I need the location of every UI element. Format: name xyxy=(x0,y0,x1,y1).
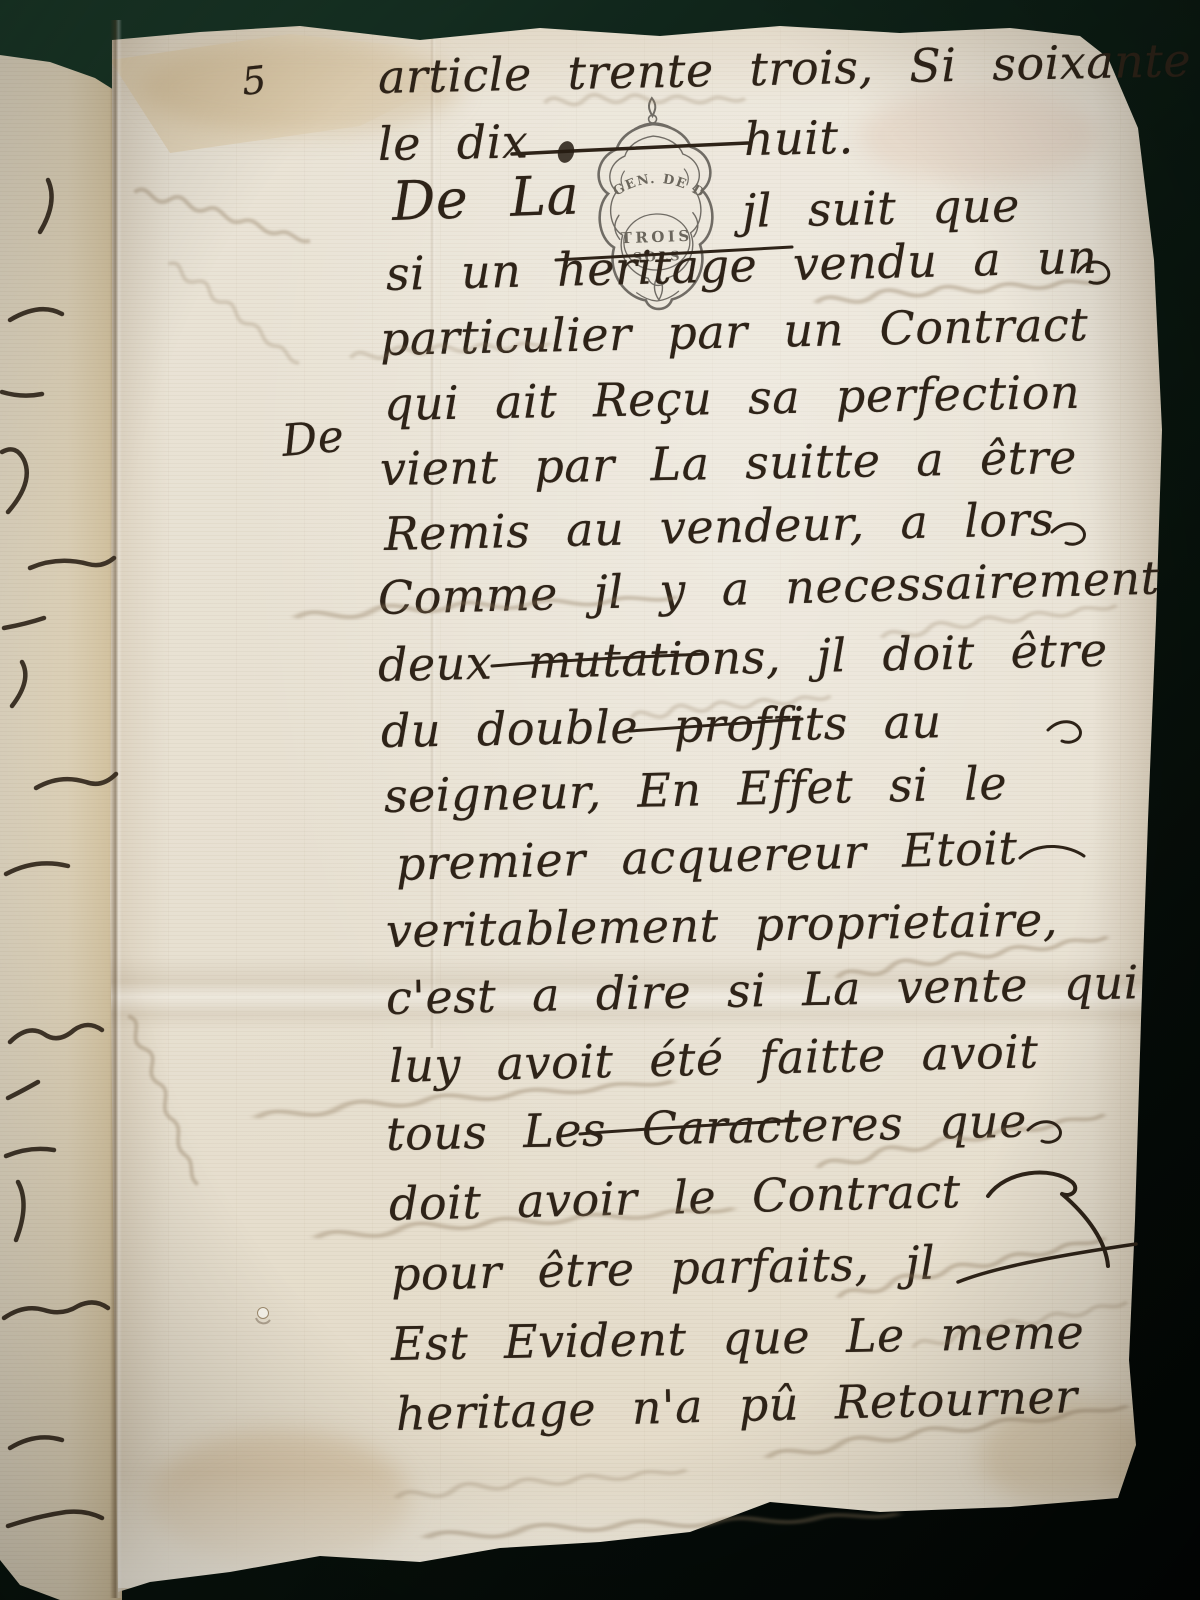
deckled-bottom-edge xyxy=(100,1473,1172,1588)
svg-text:GEN. DE DIJON: GEN. DE DIJON xyxy=(566,89,709,206)
manuscript-line-3b: jl suit que xyxy=(741,178,1020,238)
paper-stain xyxy=(860,88,1100,183)
manuscript-line-2b: huit. xyxy=(744,110,855,166)
manuscript-line-11: du double proffits au xyxy=(381,694,943,758)
manuscript-photo-scene: GEN. DE DIJON TROIS SOLS 5 article trent… xyxy=(0,0,1200,1600)
facing-page-edge xyxy=(0,0,122,1600)
stamp-arc-text: GEN. DE DIJON xyxy=(566,89,709,206)
manuscript-line-3a: De La xyxy=(391,163,580,232)
manuscript-line-19: pour être parfaits, jl xyxy=(390,1236,935,1301)
manuscript-line-2a: le dix xyxy=(378,114,529,171)
gutter-fold-crease xyxy=(110,20,122,1598)
page-number: 5 xyxy=(240,58,269,104)
margin-note: De xyxy=(280,411,347,467)
